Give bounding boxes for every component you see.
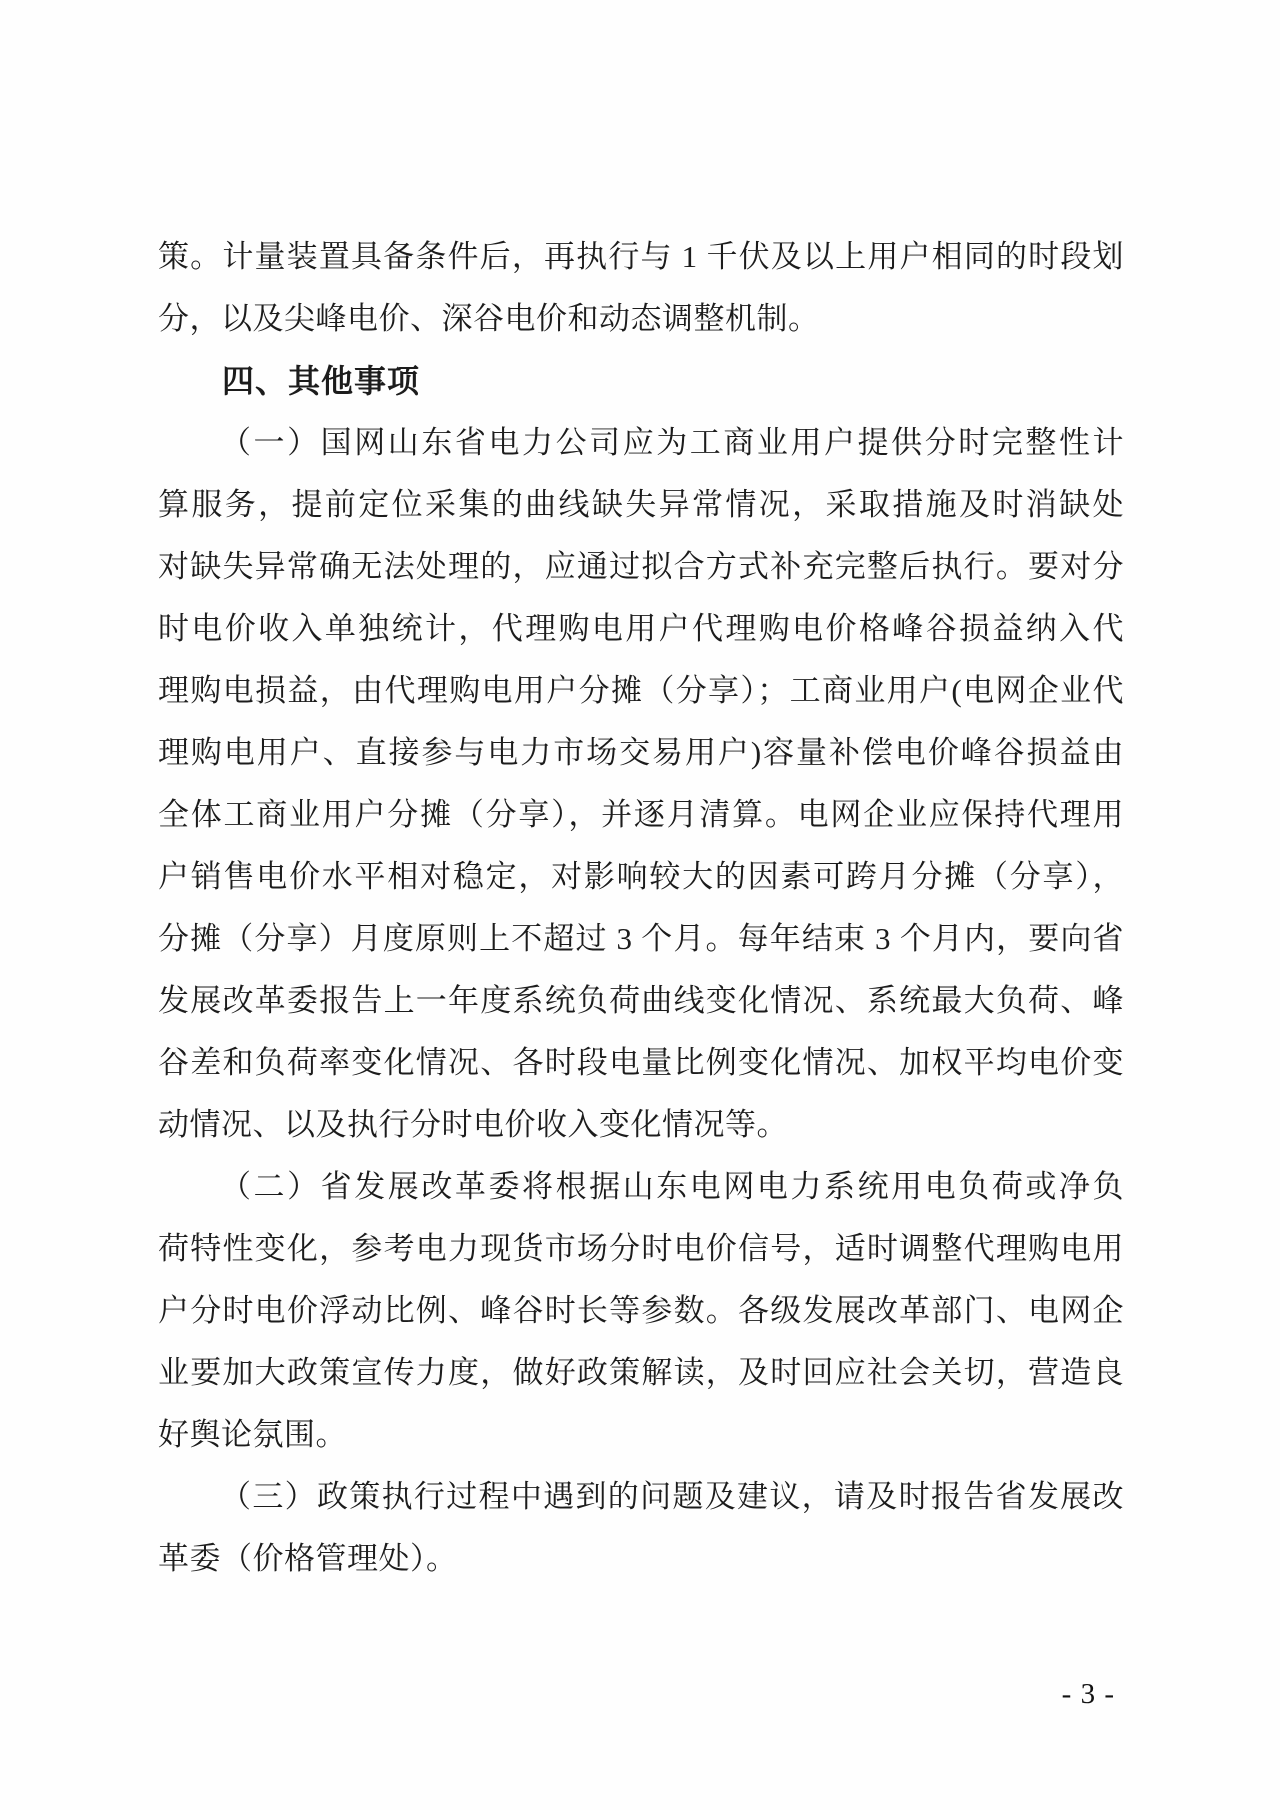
doc-line: （二）省发展改革委将根据山东电网电力系统用电负荷或净负	[158, 1156, 1124, 1218]
doc-line: 理购电损益，由代理购电用户分摊（分享）；工商业用户(电网企业代	[158, 660, 1124, 722]
doc-line: 全体工商业用户分摊（分享），并逐月清算。电网企业应保持代理用	[158, 784, 1124, 846]
doc-line: 时电价收入单独统计，代理购电用户代理购电价格峰谷损益纳入代	[158, 598, 1124, 660]
doc-line: 发展改革委报告上一年度系统负荷曲线变化情况、系统最大负荷、峰	[158, 970, 1124, 1032]
doc-line: （三）政策执行过程中遇到的问题及建议，请及时报告省发展改	[158, 1466, 1124, 1528]
doc-line: 谷差和负荷率变化情况、各时段电量比例变化情况、加权平均电价变	[158, 1032, 1124, 1094]
doc-line: （一）国网山东省电力公司应为工商业用户提供分时完整性计	[158, 412, 1124, 474]
doc-line: 户分时电价浮动比例、峰谷时长等参数。各级发展改革部门、电网企	[158, 1280, 1124, 1342]
doc-line: 业要加大政策宣传力度，做好政策解读，及时回应社会关切，营造良	[158, 1342, 1124, 1404]
doc-line: 策。计量装置具备条件后，再执行与 1 千伏及以上用户相同的时段划	[158, 226, 1124, 288]
doc-line: 革委（价格管理处）。	[158, 1528, 1124, 1590]
doc-line: 理购电用户、直接参与电力市场交易用户)容量补偿电价峰谷损益由	[158, 722, 1124, 784]
document-page: 策。计量装置具备条件后，再执行与 1 千伏及以上用户相同的时段划 分，以及尖峰电…	[0, 0, 1280, 1810]
page-number: - 3 -	[1062, 1678, 1115, 1710]
doc-line: 算服务，提前定位采集的曲线缺失异常情况，采取措施及时消缺处理，	[158, 474, 1124, 536]
content-area: 策。计量装置具备条件后，再执行与 1 千伏及以上用户相同的时段划 分，以及尖峰电…	[158, 226, 1124, 1590]
doc-line: 荷特性变化，参考电力现货市场分时电价信号，适时调整代理购电用	[158, 1218, 1124, 1280]
doc-line: 分摊（分享）月度原则上不超过 3 个月。每年结束 3 个月内，要向省	[158, 908, 1124, 970]
doc-line: 分，以及尖峰电价、深谷电价和动态调整机制。	[158, 288, 1124, 350]
doc-line: 动情况、以及执行分时电价收入变化情况等。	[158, 1094, 1124, 1156]
doc-line: 好舆论氛围。	[158, 1404, 1124, 1466]
doc-line: 对缺失异常确无法处理的，应通过拟合方式补充完整后执行。要对分	[158, 536, 1124, 598]
doc-line: 户销售电价水平相对稳定，对影响较大的因素可跨月分摊（分享），	[158, 846, 1124, 908]
section-heading: 四、其他事项	[158, 350, 1124, 412]
